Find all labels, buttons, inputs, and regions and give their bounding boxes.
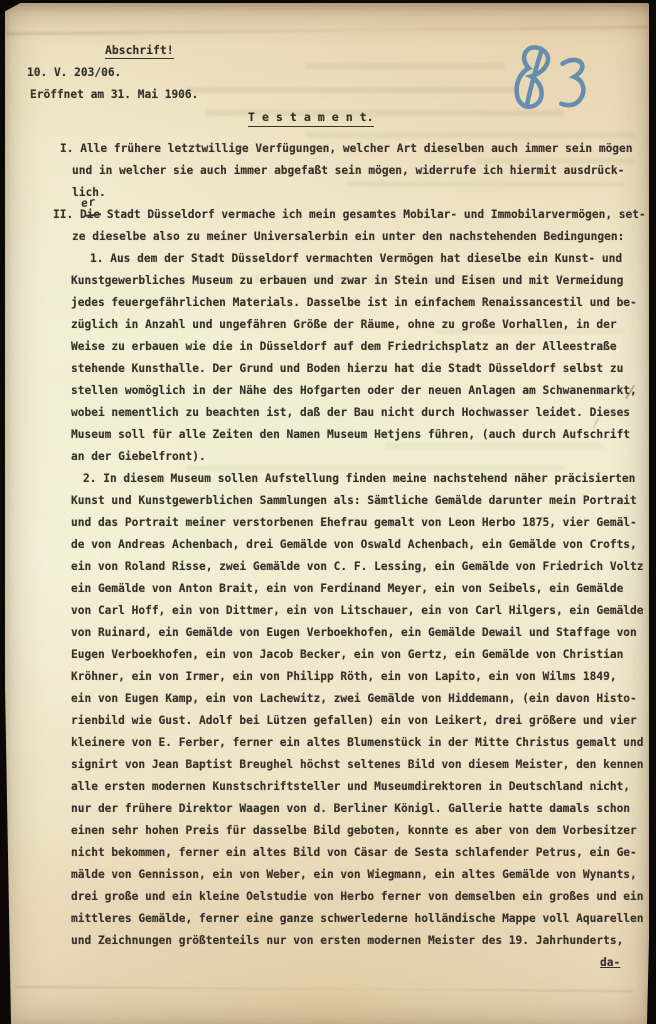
testament-line: 1. Aus dem der Stadt Düsseldorf vermacht… [90,248,649,270]
testament-line: nicht bekommen, ferner ein altes Bild vo… [71,842,649,864]
testament-line: ze dieselbe also zu meiner Universalerbi… [72,226,649,248]
testament-line: de von Andreas Achenbach, drei Gemälde v… [71,534,649,556]
testament-line: einen sehr hohen Preis für dasselbe Bild… [71,820,649,842]
testament-line: und das Portrait meiner verstorbenen Ehe… [71,512,649,534]
scanned-document: Abschrift! 10. V. 203/06. Eröffnet am 31… [0,0,656,1024]
paper-sheet: Abschrift! 10. V. 203/06. Eröffnet am 31… [5,3,649,1024]
opened-date-line: Eröffnet am 31. Mai 1906. [30,88,198,101]
copy-heading: Abschrift! [105,43,174,59]
testament-line: lich. [72,182,649,204]
testament-line: Museum soll für alle Zeiten den Namen Mu… [71,424,649,446]
testament-line: züglich in Anzahl und ungefähren Größe d… [71,314,649,336]
document-title: T e s t a m e n t. [248,110,374,127]
testament-line: signirt von Jean Baptist Breughel höchst… [71,754,649,776]
testament-line: wobei nementlich zu beachten ist, daß de… [71,402,649,424]
testament-line: rienbild wie Gust. Adolf bei Lützen gefa… [71,710,649,732]
testament-line: I. Alle frühere letztwillige Verfügungen… [60,138,649,160]
handwritten-sheet-number [500,32,610,142]
testament-line: jedes feuergefährlichen Materials. Dasse… [71,292,649,314]
testament-body: I. Alle frühere letztwillige Verfügungen… [5,138,649,974]
testament-line: an der Giebelfront). [71,446,649,468]
testament-line: alle ersten modernen Kunstschriftsteller… [71,776,649,798]
testament-line: stellen womöglich in der Nähe des Hofgar… [71,380,649,402]
file-number: 10. V. 203/06. [27,66,121,79]
testament-line: kleinere von E. Ferber, ferner ein altes… [71,732,649,754]
testament-line: und in welcher sie auch immer abgefaßt s… [72,160,649,182]
testament-line: von Carl Hoff, ein von Dittmer, ein von … [71,600,649,622]
testament-line: drei große und ein kleine Oelstudie von … [71,886,649,908]
testament-line: und Zeichnungen größtenteils nur von ers… [71,930,649,952]
testament-line: Kunstgewerbliches Museum zu erbauen und … [71,270,649,292]
testament-line: nur der frühere Direktor Waagen von d. B… [71,798,649,820]
testament-line: mälde von Gennisson, ein von Weber, ein … [71,864,649,886]
testament-line: ein von Roland Risse, zwei Gemälde von C… [71,556,649,578]
paper-crease [15,986,633,992]
testament-line: mittleres Gemälde, ferner eine ganze sch… [71,908,649,930]
bleed-through-line [185,87,515,93]
testament-line: ein von Eugen Kamp, ein von Lachewitz, z… [71,688,649,710]
testament-line: Kunst und Kunstgewerblichen Sammlungen a… [71,490,649,512]
testament-line: II. Die Stadt Düsseldorf vermache ich me… [53,204,649,226]
testament-line: von Ruinard, ein Gemälde von Eugen Verbo… [71,622,649,644]
testament-line: 2. In diesem Museum sollen Aufstellung f… [83,468,649,490]
testament-line: Kröhner, ein von Irmer, ein von Philipp … [71,666,649,688]
bleed-through-line [305,63,505,69]
struck-text: ie [87,208,100,221]
testament-line: Eugen Verboekhofen, ein von Jacob Becker… [71,644,649,666]
testament-line: Weise zu erbauen wie die in Düsseldorf a… [71,336,649,358]
paper-crease [5,26,649,36]
testament-line: ein Gemälde von Anton Brait, ein von Fer… [71,578,649,600]
testament-line: da- [600,952,649,974]
testament-line: stehende Kunsthalle. Der Grund und Boden… [71,358,649,380]
